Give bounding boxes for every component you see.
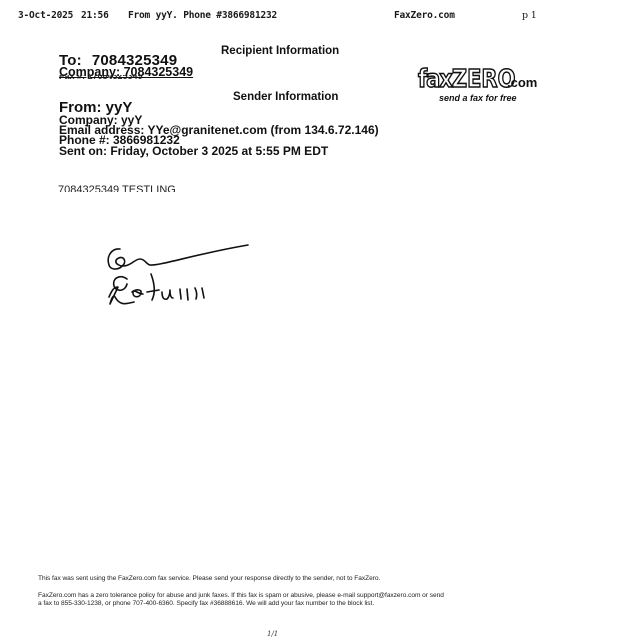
footer-policy-line-1: FaxZero.com has a zero tolerance policy …: [38, 592, 444, 599]
fax-header-site: FaxZero.com: [394, 10, 455, 21]
recipient-heading: Recipient Information: [221, 45, 339, 57]
fax-header-page: p 1: [522, 10, 537, 21]
footer-disclaimer: This fax was sent using the FaxZero.com …: [38, 575, 380, 582]
fax-header-time: 21:56: [81, 10, 109, 21]
message-text: 7084325349 TESTLING: [58, 183, 176, 192]
fax-header-date: 3-Oct-2025: [18, 10, 73, 21]
logo-tagline: send a fax for free: [439, 93, 517, 103]
sender-heading: Sender Information: [233, 91, 338, 103]
page-indicator: 1/1: [267, 630, 278, 638]
handwritten-signature-icon: [100, 232, 270, 322]
logo-zero: ZERO: [452, 64, 516, 93]
recipient-company: Company: 7084325349: [59, 65, 193, 79]
logo-com: .com: [507, 75, 537, 90]
sender-sent-on: Sent on: Friday, October 3 2025 at 5:55 …: [59, 145, 328, 157]
fax-header-from: From yyY. Phone #3866981232: [128, 10, 277, 21]
logo-wordmark: faxZERO: [418, 64, 515, 93]
logo-fax: fax: [418, 64, 452, 93]
footer-policy-line-2: a fax to 855-330-1238, or phone 707-400-…: [38, 600, 374, 607]
faxzero-logo: faxZERO .com send a fax for free: [418, 64, 538, 106]
